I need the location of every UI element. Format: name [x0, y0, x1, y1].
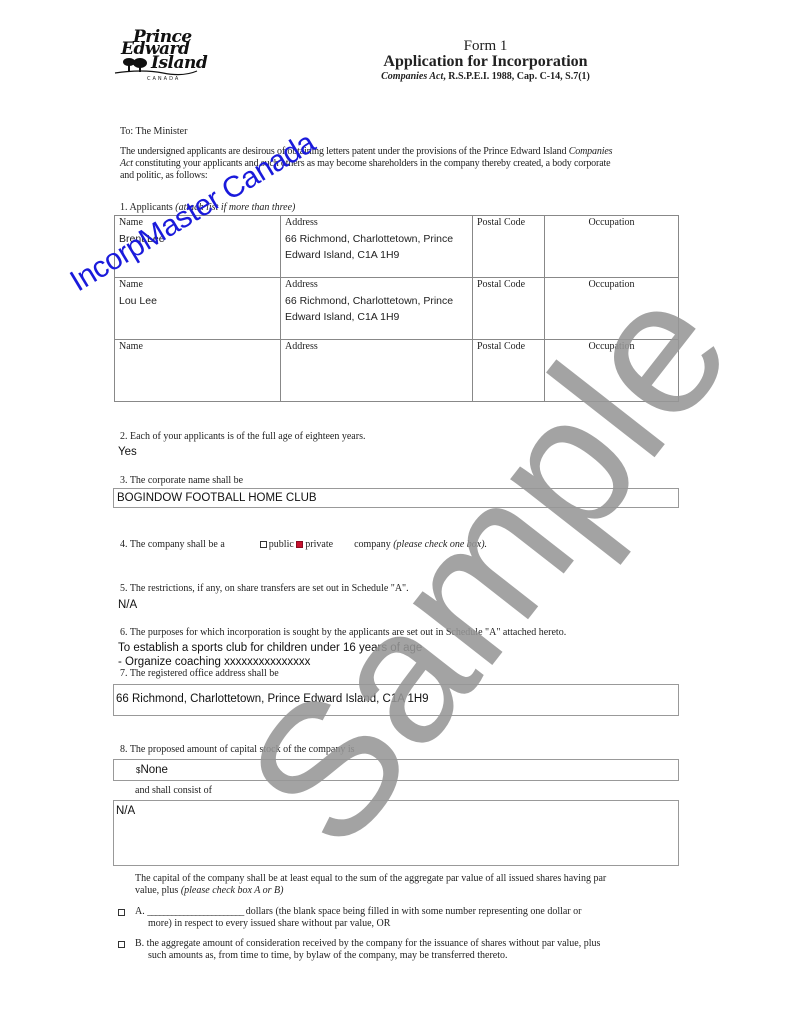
applicant-name: Brent Lee — [119, 231, 276, 247]
applicant-1-address-cell[interactable]: Address66 Richmond, Charlottetown, Princ… — [281, 216, 473, 278]
corporate-name-value: BOGINDOW FOOTBALL HOME CLUB — [117, 491, 317, 505]
section-4-row: 4. The company shall be a public private… — [120, 539, 487, 551]
form-title: Application for Incorporation — [90, 53, 791, 71]
option-b-checkbox[interactable] — [118, 941, 125, 948]
table-row: Name Address Postal Code Occupation — [115, 340, 679, 402]
capital-stock-value: $None — [136, 763, 168, 778]
capital-text-2: value, plus — [135, 885, 181, 896]
option-b-line-1: B. the aggregate amount of consideration… — [135, 938, 695, 950]
name-header: Name — [119, 279, 276, 291]
applicant-2-name-cell[interactable]: NameLou Lee — [115, 278, 281, 340]
option-b: B. the aggregate amount of consideration… — [135, 938, 695, 962]
option-a-letter: A. — [135, 906, 145, 917]
table-row: NameLou Lee Address66 Richmond, Charlott… — [115, 278, 679, 340]
applicant-name: Lou Lee — [119, 293, 276, 309]
intro-line-3: and politic, as follows: — [120, 170, 690, 182]
applicants-label: 1. Applicants — [120, 202, 175, 213]
share-structure-field[interactable]: N/A — [113, 800, 679, 866]
applicants-table: NameBrent Lee Address66 Richmond, Charlo… — [114, 215, 679, 402]
intro-line-1: The undersigned applicants are desirous … — [120, 146, 690, 158]
form-citation: Companies Act, R.S.P.E.I. 1988, Cap. C-1… — [90, 71, 791, 82]
applicants-note: (attach list if more than three) — [175, 202, 295, 213]
option-a-text-1: dollars (the blank space being filled in… — [246, 906, 582, 917]
section-8-label: 8. The proposed amount of capital stock … — [120, 744, 354, 756]
private-checkbox[interactable] — [296, 541, 303, 548]
option-a-checkbox[interactable] — [118, 909, 125, 916]
section-1-label: 1. Applicants (attach list if more than … — [120, 202, 295, 214]
section-2-label: 2. Each of your applicants is of the ful… — [120, 431, 365, 443]
corporate-name-field[interactable]: BOGINDOW FOOTBALL HOME CLUB — [113, 488, 679, 508]
share-structure-value: N/A — [116, 804, 135, 818]
option-b-text-2: such amounts as, from time to time, by b… — [135, 950, 695, 962]
applicant-3-name-cell[interactable]: Name — [115, 340, 281, 402]
applicant-address-line-2: Edward Island, C1A 1H9 — [285, 247, 468, 263]
address-header: Address — [285, 279, 468, 291]
address-header: Address — [285, 341, 468, 353]
registered-office-value: 66 Richmond, Charlottetown, Prince Edwar… — [116, 692, 429, 706]
company-suffix: company — [354, 539, 391, 550]
private-option-label: private — [305, 539, 333, 550]
registered-office-field[interactable]: 66 Richmond, Charlottetown, Prince Edwar… — [113, 684, 679, 716]
applicant-1-postal-cell[interactable]: Postal Code — [473, 216, 545, 278]
applicant-2-occupation-cell[interactable]: Occupation — [545, 278, 679, 340]
capital-amount: None — [140, 764, 168, 776]
intro-line-2: Act constituting your applicants and suc… — [120, 158, 690, 170]
section-7-label: 7. The registered office address shall b… — [120, 668, 279, 680]
share-restrictions-value[interactable]: N/A — [118, 598, 137, 612]
postal-header: Postal Code — [477, 217, 540, 229]
address-header: Address — [285, 217, 468, 229]
company-type-note: (please check one box). — [393, 539, 487, 550]
occupation-header: Occupation — [549, 279, 674, 291]
public-checkbox[interactable] — [260, 541, 267, 548]
option-a-text-2: more) in respect to every issued share w… — [135, 918, 695, 930]
intro-italic: Companies — [569, 146, 613, 157]
option-a-line-1: A. ________________________ dollars (the… — [135, 906, 695, 918]
citation-act: Companies Act — [381, 71, 443, 82]
applicant-3-address-cell[interactable]: Address — [281, 340, 473, 402]
postal-header: Postal Code — [477, 279, 540, 291]
capital-stock-field[interactable]: $None — [113, 759, 679, 781]
purpose-line-2[interactable]: - Organize coaching xxxxxxxxxxxxxxx — [118, 655, 310, 669]
intro-paragraph: The undersigned applicants are desirous … — [120, 146, 690, 182]
consist-label: and shall consist of — [135, 785, 212, 797]
applicant-address-line-1: 66 Richmond, Charlottetown, Prince — [285, 293, 468, 309]
section-6-label: 6. The purposes for which incorporation … — [120, 627, 566, 639]
public-option-label: public — [269, 539, 294, 550]
name-header: Name — [119, 217, 276, 229]
occupation-header: Occupation — [549, 341, 674, 353]
occupation-header: Occupation — [549, 217, 674, 229]
option-a: A. ________________________ dollars (the… — [135, 906, 695, 930]
name-header: Name — [119, 341, 276, 353]
option-b-letter: B. — [135, 938, 144, 949]
intro-text-2: constituting your applicants and such ot… — [133, 158, 611, 169]
section-3-label: 3. The corporate name shall be — [120, 475, 243, 487]
applicant-address-line-1: 66 Richmond, Charlottetown, Prince — [285, 231, 468, 247]
company-type-label: 4. The company shall be a — [120, 539, 225, 550]
postal-header: Postal Code — [477, 341, 540, 353]
salutation: To: The Minister — [120, 126, 187, 138]
applicant-1-occupation-cell[interactable]: Occupation — [545, 216, 679, 278]
intro-italic-act: Act — [120, 158, 133, 169]
applicant-2-postal-cell[interactable]: Postal Code — [473, 278, 545, 340]
section-5-label: 5. The restrictions, if any, on share tr… — [120, 583, 409, 595]
capital-text-line-1: The capital of the company shall be at l… — [135, 873, 695, 885]
option-a-blank[interactable]: ________________________ — [147, 906, 243, 917]
citation-ref: , R.S.P.E.I. 1988, Cap. C-14, S.7(1) — [443, 71, 590, 82]
capital-note: (please check box A or B) — [181, 885, 284, 896]
applicant-address-line-2: Edward Island, C1A 1H9 — [285, 309, 468, 325]
age-confirmation-value[interactable]: Yes — [118, 445, 137, 459]
applicant-3-postal-cell[interactable]: Postal Code — [473, 340, 545, 402]
applicant-3-occupation-cell[interactable]: Occupation — [545, 340, 679, 402]
capital-text-line-2: value, plus (please check box A or B) — [135, 885, 695, 897]
intro-text: The undersigned applicants are desirous … — [120, 146, 569, 157]
option-b-text-1: the aggregate amount of consideration re… — [147, 938, 601, 949]
capital-paragraph: The capital of the company shall be at l… — [135, 873, 695, 897]
applicant-2-address-cell[interactable]: Address66 Richmond, Charlottetown, Princ… — [281, 278, 473, 340]
table-row: NameBrent Lee Address66 Richmond, Charlo… — [115, 216, 679, 278]
purpose-line-1[interactable]: To establish a sports club for children … — [118, 641, 422, 655]
applicant-1-name-cell[interactable]: NameBrent Lee — [115, 216, 281, 278]
